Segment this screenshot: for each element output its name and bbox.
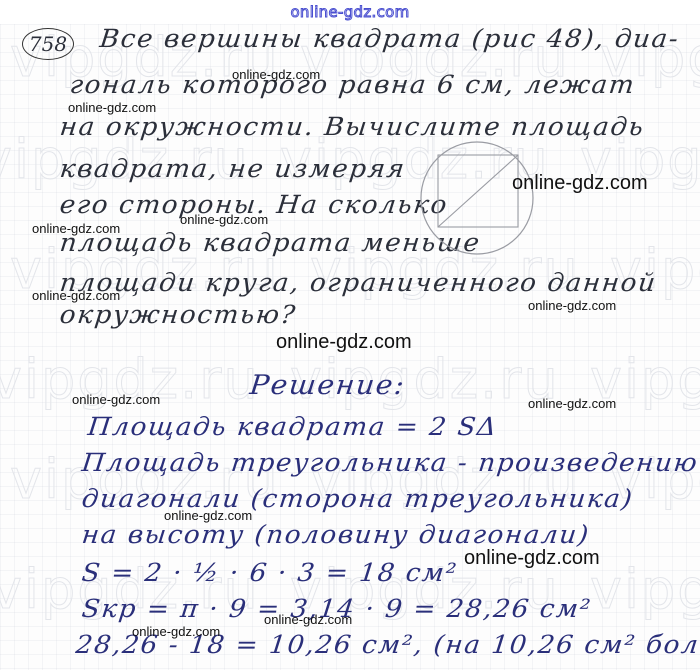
overlay-watermark: online-gdz.com <box>132 624 220 639</box>
overlay-watermark: online-gdz.com <box>32 221 120 236</box>
site-banner-text: online-gdz.com <box>290 3 409 21</box>
solution-line: S = 2 · ½ · 6 · 3 = 18 см² <box>80 558 459 587</box>
task-number: 758 <box>22 28 74 60</box>
solution-line: на высоту (половину диагонали) <box>80 520 591 549</box>
question-line: на окружности. Вычислите площадь <box>58 112 646 141</box>
site-banner: online-gdz.com <box>0 0 700 24</box>
overlay-watermark: online-gdz.com <box>264 612 352 627</box>
question-line: квадрата, не измеряя <box>58 154 407 183</box>
question-line: Все вершины квадрата (рис 48), диа- <box>98 24 681 53</box>
question-line: гональ которого равна 6 см, лежат <box>68 70 637 99</box>
solution-heading: Решение: <box>248 370 407 401</box>
overlay-watermark: online-gdz.com <box>32 288 120 303</box>
overlay-watermark: online-gdz.com <box>68 100 156 115</box>
question-line: окружностью? <box>58 300 298 329</box>
overlay-watermark: online-gdz.com <box>72 392 160 407</box>
overlay-watermark: online-gdz.com <box>528 396 616 411</box>
overlay-watermark: online-gdz.com <box>512 172 648 195</box>
overlay-watermark: online-gdz.com <box>464 547 600 570</box>
overlay-watermark: online-gdz.com <box>528 298 616 313</box>
diagonal-line <box>438 155 518 227</box>
figure-circle-square <box>410 130 550 270</box>
overlay-watermark: online-gdz.com <box>164 508 252 523</box>
solution-line: Площадь квадрата = 2 SΔ <box>86 412 499 441</box>
overlay-watermark: online-gdz.com <box>276 331 412 354</box>
overlay-watermark: online-gdz.com <box>232 67 320 82</box>
question-line: площади круга, ограниченного данной <box>58 268 658 297</box>
solution-line: Площадь треугольника - произведению <box>80 448 700 477</box>
overlay-watermark: online-gdz.com <box>180 212 268 227</box>
